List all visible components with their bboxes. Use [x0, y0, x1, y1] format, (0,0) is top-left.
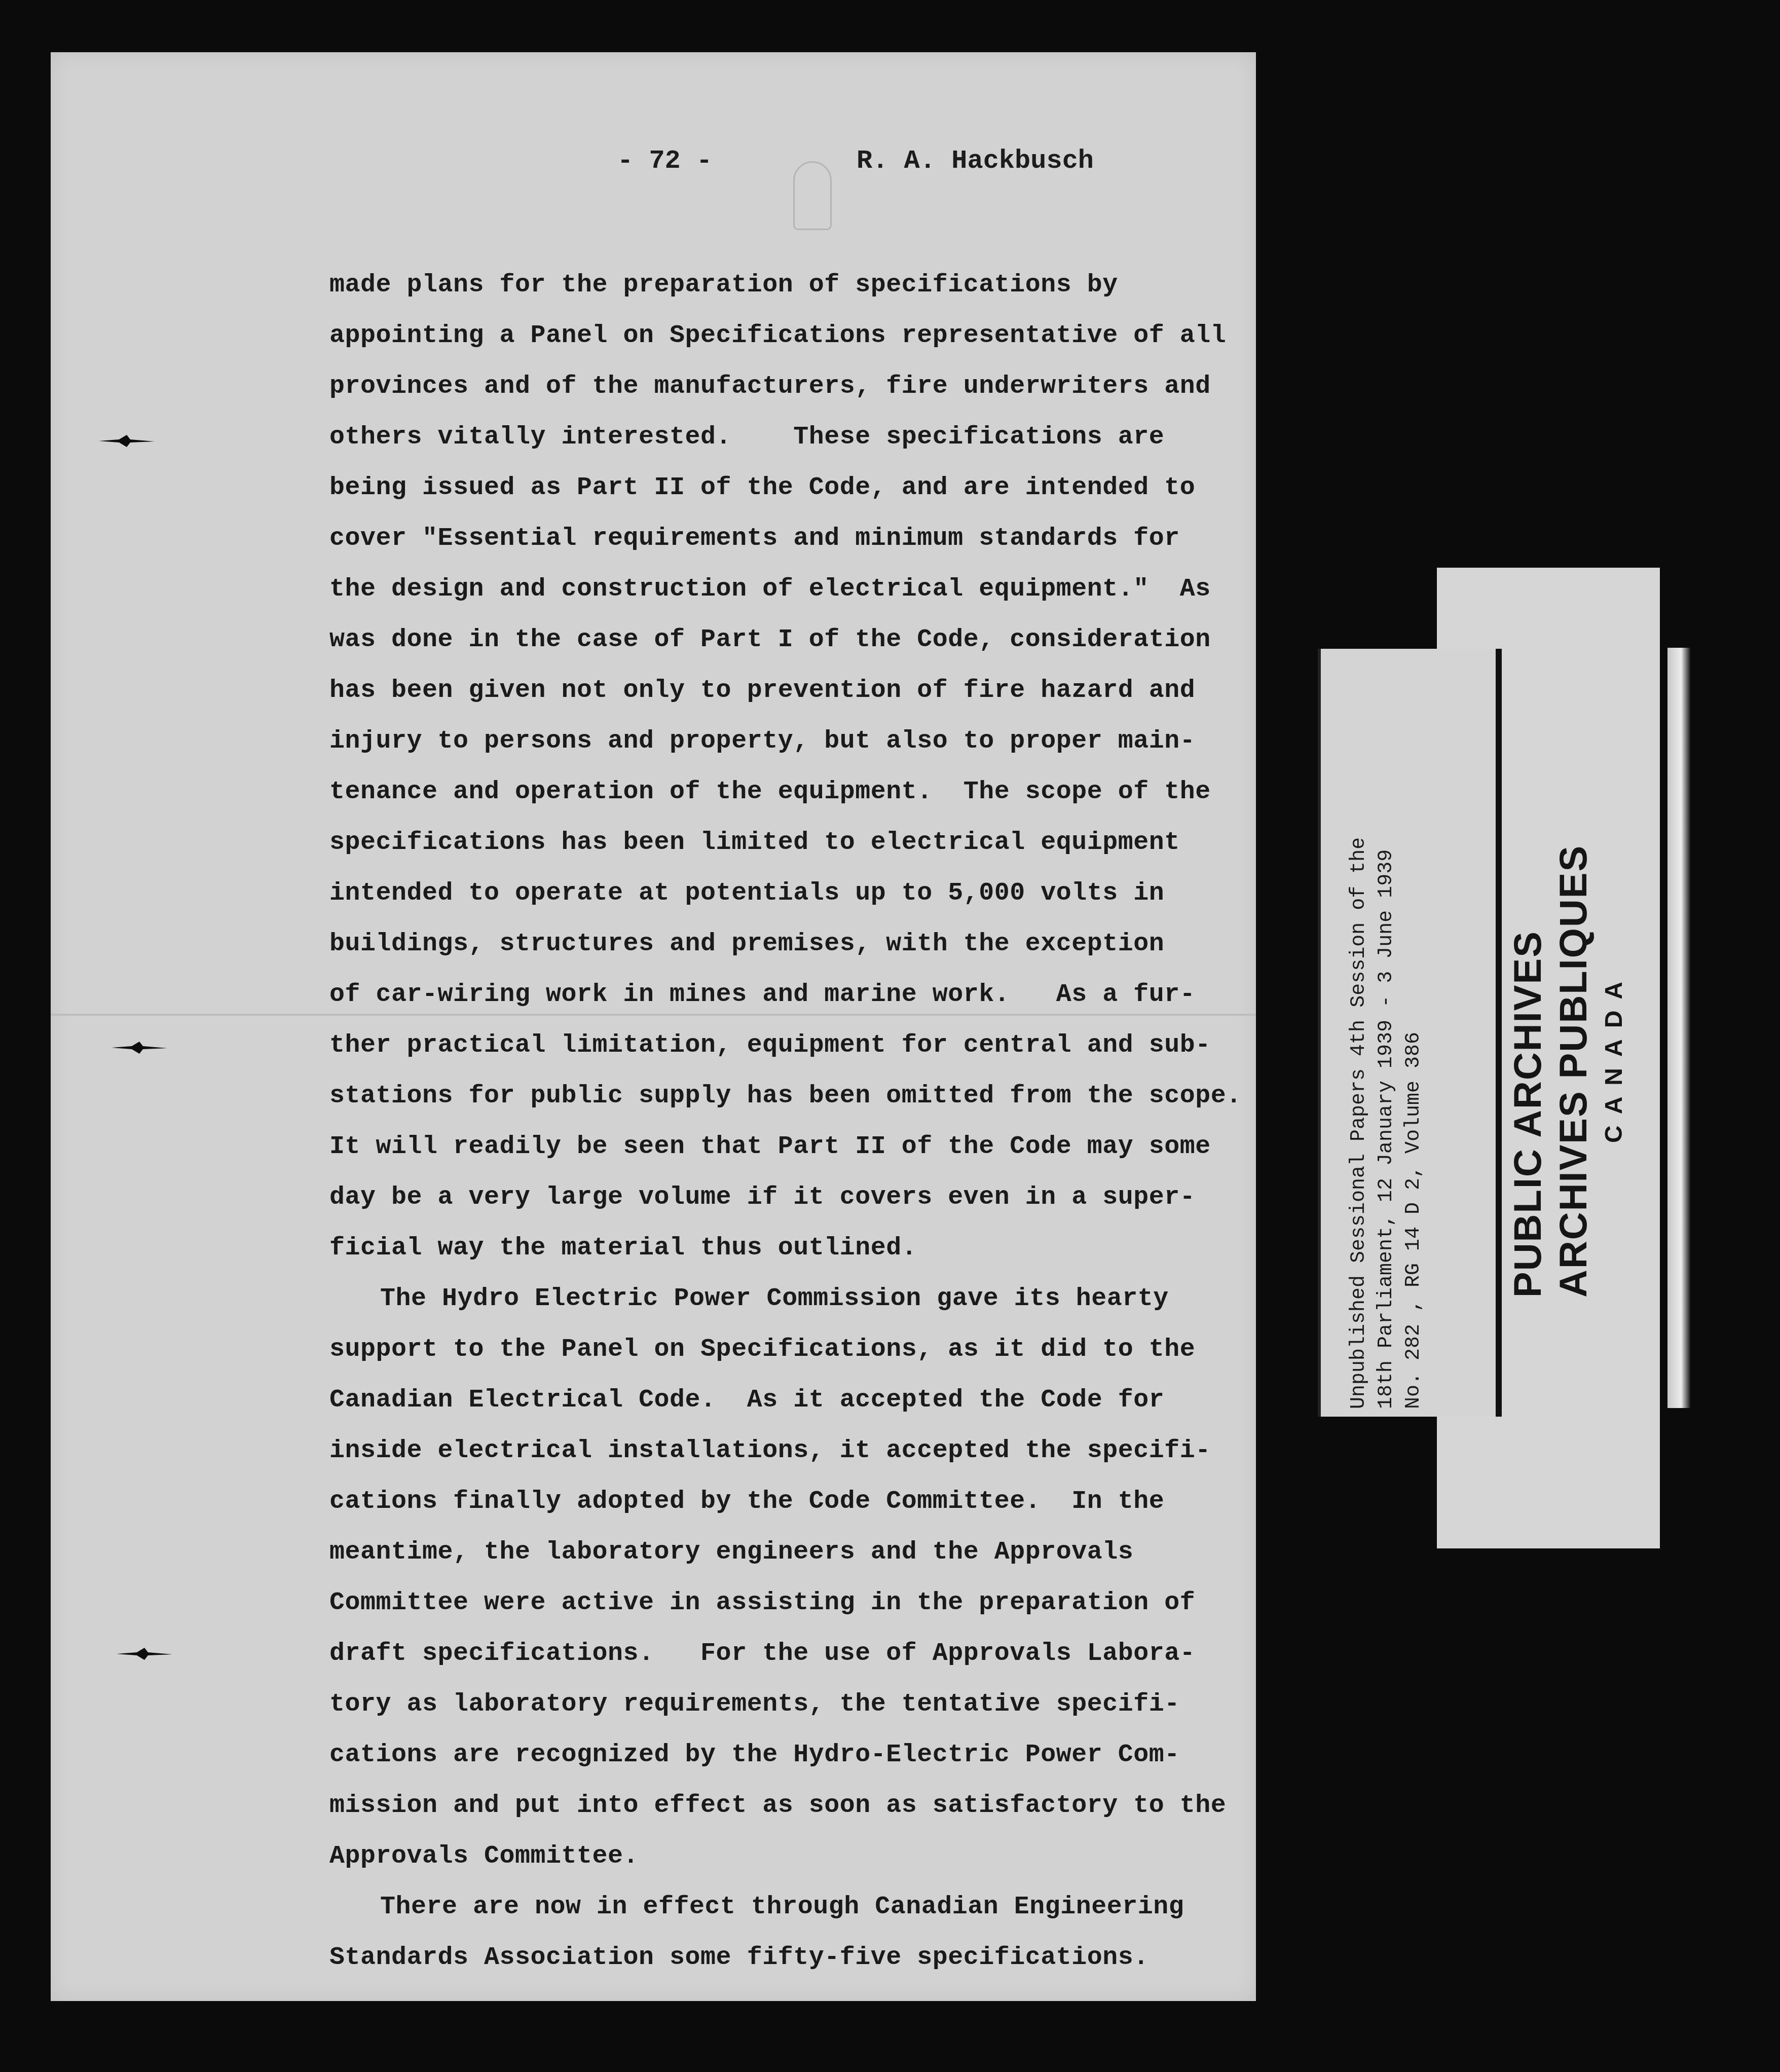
paragraph-2: The Hydro Electric Power Commission gave… — [329, 1274, 1292, 1882]
text-line: was done in the case of Part I of the Co… — [329, 615, 1292, 665]
pencil-annotation — [793, 161, 832, 230]
text-line: specifications has been limited to elect… — [329, 818, 1292, 868]
registration-mark-icon — [117, 1648, 172, 1658]
text-line: meantime, the laboratory engineers and t… — [329, 1527, 1292, 1578]
archive-reference: Unpublished Sessional Papers 4th Session… — [1346, 837, 1428, 1409]
text-line: injury to persons and property, but also… — [329, 716, 1292, 767]
paragraph-1: made plans for the preparation of specif… — [329, 260, 1292, 1274]
text-line: the design and construction of electrica… — [329, 564, 1292, 615]
text-line: Committee were active in assisting in th… — [329, 1578, 1292, 1629]
text-line: It will readily be seen that Part II of … — [329, 1122, 1292, 1172]
text-line: mission and put into effect as soon as s… — [329, 1781, 1292, 1831]
reference-line: Unpublished Sessional Papers 4th Session… — [1346, 837, 1373, 1409]
registration-mark-icon — [112, 1042, 167, 1052]
text-line: inside electrical installations, it acce… — [329, 1426, 1292, 1476]
text-line: day be a very large volume if it covers … — [329, 1172, 1292, 1223]
registration-mark-icon — [99, 435, 155, 445]
text-line: draft specifications. For the use of App… — [329, 1629, 1292, 1679]
text-line: There are now in effect through Canadian… — [329, 1882, 1292, 1933]
text-line: ficial way the material thus outlined. — [329, 1223, 1292, 1274]
stamp-line-english: PUBLIC ARCHIVES — [1505, 816, 1551, 1298]
page-number: - 72 - — [617, 146, 712, 176]
text-line: made plans for the preparation of specif… — [329, 260, 1292, 311]
text-line: Approvals Committee. — [329, 1831, 1292, 1882]
text-line: stations for public supply has been omit… — [329, 1071, 1292, 1122]
author-name: R. A. Hackbusch — [857, 146, 1094, 176]
text-line: buildings, structures and premises, with… — [329, 919, 1292, 970]
reference-line: 18th Parliament, 12 January 1939 - 3 Jun… — [1373, 837, 1400, 1409]
text-line: has been given not only to prevention of… — [329, 665, 1292, 716]
stamp-line-country: CANADA — [1597, 816, 1632, 1298]
text-line: cations are recognized by the Hydro-Elec… — [329, 1730, 1292, 1781]
text-line: of car-wiring work in mines and marine w… — [329, 970, 1292, 1020]
text-line: provinces and of the manufacturers, fire… — [329, 361, 1292, 412]
stamp-line-french: ARCHIVES PUBLIQUES — [1551, 816, 1597, 1298]
archives-stamp: PUBLIC ARCHIVES ARCHIVES PUBLIQUES CANAD… — [1505, 816, 1632, 1298]
text-line: support to the Panel on Specifications, … — [329, 1324, 1292, 1375]
reference-line: No. 282 , RG 14 D 2, Volume 386 — [1400, 837, 1428, 1409]
text-line: The Hydro Electric Power Commission gave… — [329, 1274, 1292, 1324]
text-line: appointing a Panel on Specifications rep… — [329, 311, 1292, 361]
card-edge — [1667, 648, 1690, 1408]
text-line: Canadian Electrical Code. As it accepted… — [329, 1375, 1292, 1426]
text-line: cover "Essential requirements and minimu… — [329, 513, 1292, 564]
document-page: - 72 - R. A. Hackbusch made plans for th… — [51, 52, 1256, 2001]
text-line: tenance and operation of the equipment. … — [329, 767, 1292, 818]
text-line: Standards Association some fifty-five sp… — [329, 1933, 1292, 1983]
text-line: tory as laboratory requirements, the ten… — [329, 1679, 1292, 1730]
text-line: ther practical limitation, equipment for… — [329, 1020, 1292, 1071]
text-line: being issued as Part II of the Code, and… — [329, 463, 1292, 513]
text-line: cations finally adopted by the Code Comm… — [329, 1476, 1292, 1527]
page-header: - 72 - R. A. Hackbusch — [51, 146, 1256, 187]
text-line: intended to operate at potentials up to … — [329, 868, 1292, 919]
body-text: made plans for the preparation of specif… — [329, 260, 1292, 1983]
paragraph-3: There are now in effect through Canadian… — [329, 1882, 1292, 1983]
text-line: others vitally interested. These specifi… — [329, 412, 1292, 463]
